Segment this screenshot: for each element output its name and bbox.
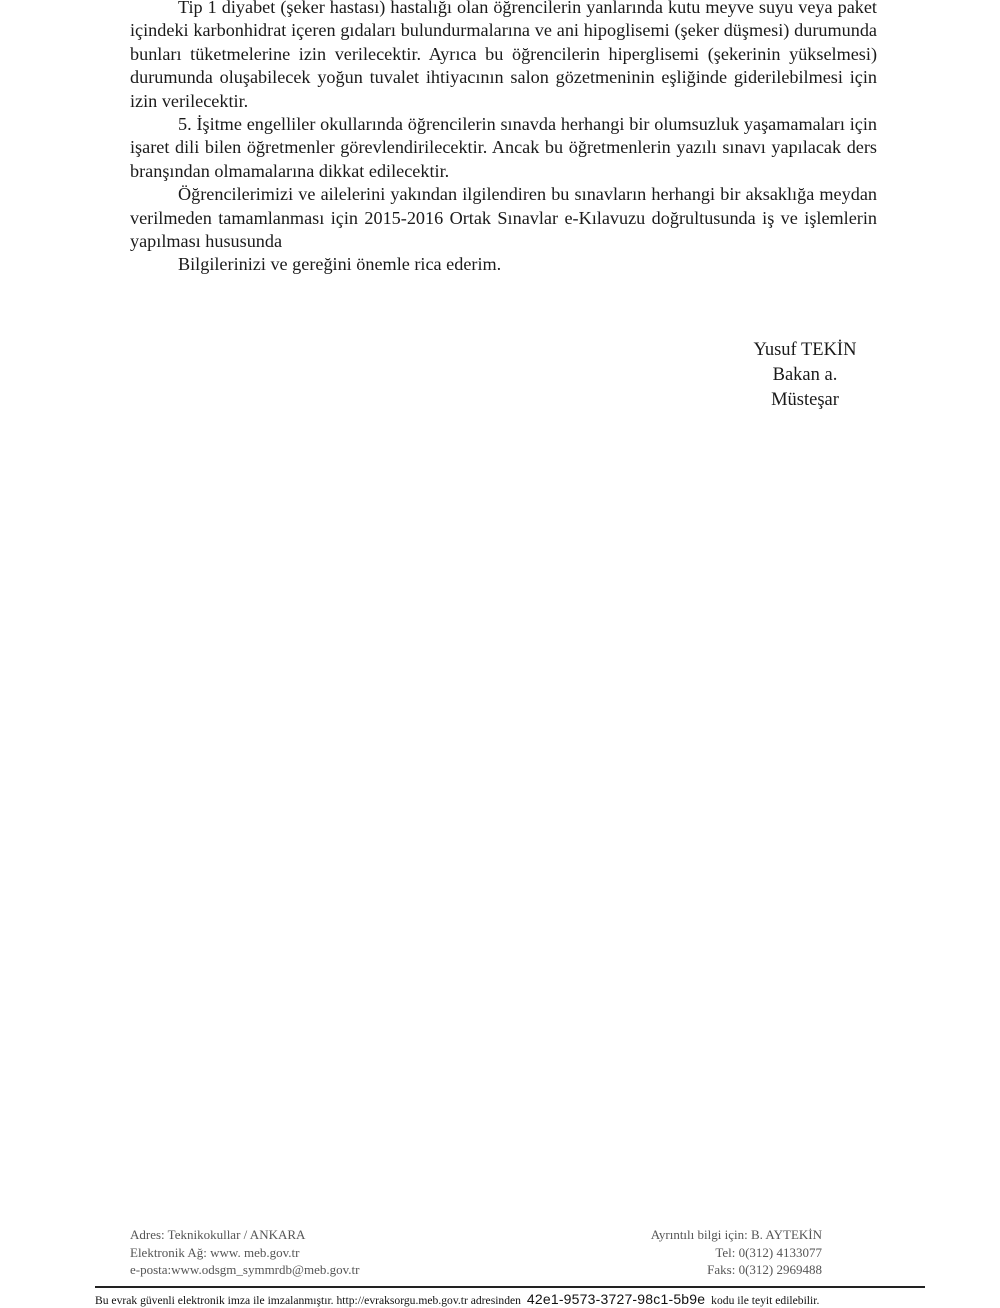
- footer-fax: Faks: 0(312) 2969488: [651, 1261, 822, 1279]
- footer-address: Adres: Teknikokullar / ANKARA: [130, 1226, 359, 1244]
- document-body: Tip 1 diyabet (şeker hastası) hastalığı …: [130, 0, 877, 277]
- verification-note: Bu evrak güvenli elektronik imza ile imz…: [95, 1292, 925, 1308]
- paragraph-exam-guide: Öğrencilerimizi ve ailelerini yakından i…: [130, 183, 877, 253]
- verification-prefix: Bu evrak güvenli elektronik imza ile imz…: [95, 1294, 521, 1307]
- signatory-title: Müsteşar: [700, 388, 910, 413]
- footer-divider: [95, 1286, 925, 1288]
- paragraph-hearing-impaired: 5. İşitme engelliler okullarında öğrenci…: [130, 113, 877, 183]
- footer-tel: Tel: 0(312) 4133077: [651, 1244, 822, 1262]
- paragraph-closing: Bilgilerinizi ve gereğini önemle rica ed…: [130, 253, 877, 276]
- verification-code: 42e1-9573-3727-98c1-5b9e: [527, 1291, 705, 1307]
- signatory-name: Yusuf TEKİN: [700, 338, 910, 363]
- verification-suffix: kodu ile teyit edilebilir.: [711, 1294, 819, 1307]
- footer-contact-block: Ayrıntılı bilgi için: B. AYTEKİN Tel: 0(…: [651, 1226, 822, 1279]
- signatory-role: Bakan a.: [700, 363, 910, 388]
- footer-contact-person: Ayrıntılı bilgi için: B. AYTEKİN: [651, 1226, 822, 1244]
- footer-web: Elektronik Ağ: www. meb.gov.tr: [130, 1244, 359, 1262]
- footer-address-block: Adres: Teknikokullar / ANKARA Elektronik…: [130, 1226, 359, 1279]
- footer-email: e-posta:www.odsgm_symmrdb@meb.gov.tr: [130, 1261, 359, 1279]
- signature-block: Yusuf TEKİN Bakan a. Müsteşar: [700, 338, 910, 413]
- paragraph-diabetes: Tip 1 diyabet (şeker hastası) hastalığı …: [130, 0, 877, 113]
